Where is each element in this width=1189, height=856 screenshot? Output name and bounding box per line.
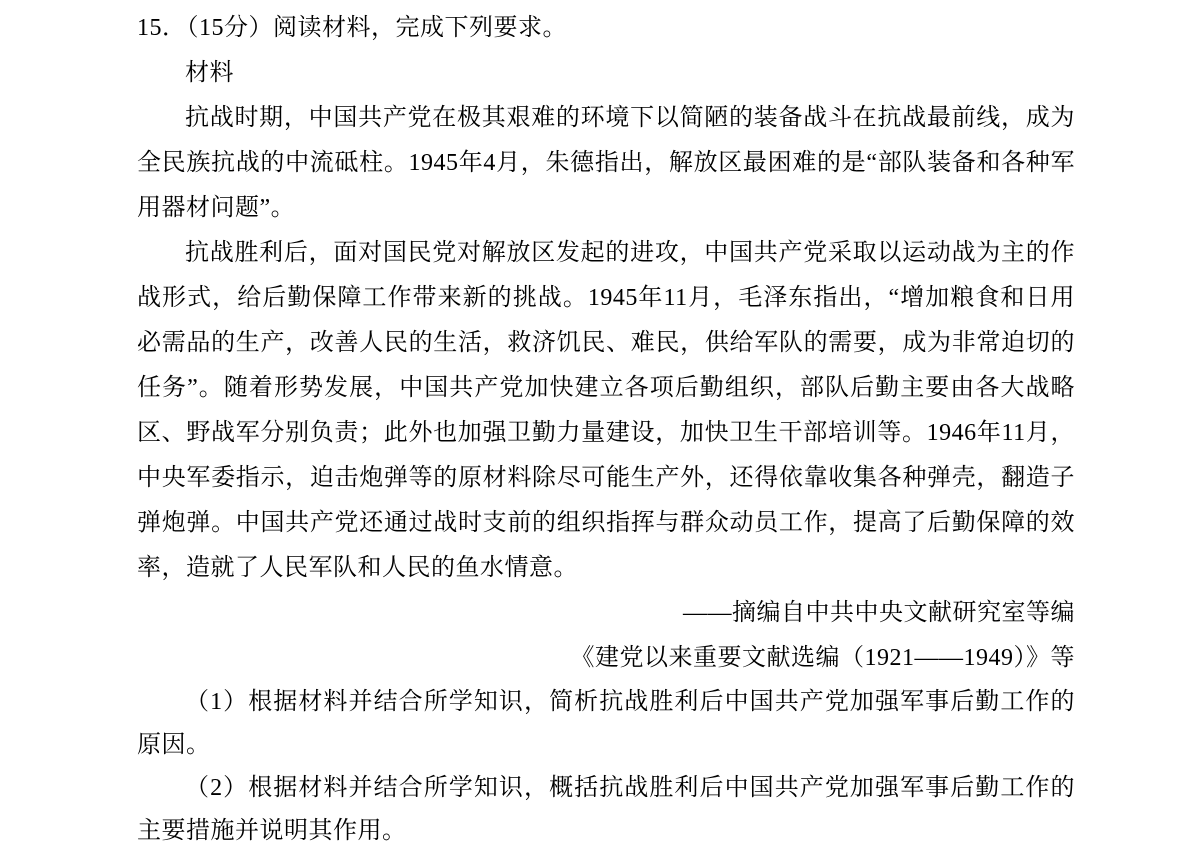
sub-question-1: （1）根据材料并结合所学知识，简析抗战胜利后中国共产党加强军事后勤工作的原因。 <box>137 681 1075 767</box>
source-attribution-line2: 《建党以来重要文献选编（1921——1949）》等 <box>137 636 1075 681</box>
source-attribution-line1: ——摘编自中共中央文献研究室等编 <box>137 591 1075 636</box>
material-paragraph-2: 抗战胜利后，面对国民党对解放区发起的进攻，中国共产党采取以运动战为主的作战形式，… <box>137 231 1075 591</box>
document-page: 15．（15分）阅读材料，完成下列要求。 材料 抗战时期，中国共产党在极其艰难的… <box>0 0 1189 856</box>
sub-question-2: （2）根据材料并结合所学知识，概括抗战胜利后中国共产党加强军事后勤工作的主要措施… <box>137 767 1075 853</box>
material-paragraph-1: 抗战时期，中国共产党在极其艰难的环境下以简陋的装备战斗在抗战最前线，成为全民族抗… <box>137 96 1075 231</box>
material-label: 材料 <box>137 51 1075 96</box>
question-header: 15．（15分）阅读材料，完成下列要求。 <box>137 6 1075 51</box>
